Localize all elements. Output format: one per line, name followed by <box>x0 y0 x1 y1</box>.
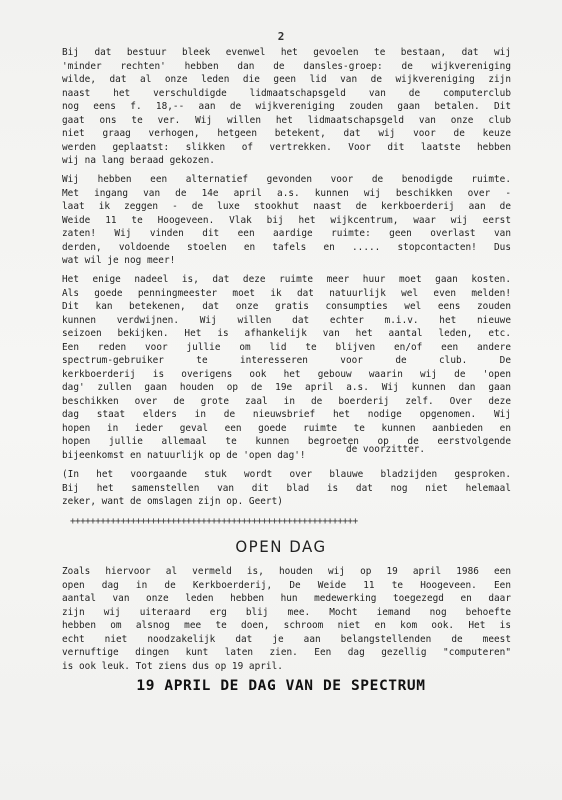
text-line: zijn wij uiteraard erg blij mee. Mocht i… <box>62 606 511 620</box>
text-line: gaat ons te ver. Wij willen het lidmaats… <box>62 114 511 128</box>
text-line: Met ingang van de 14e april a.s. kunnen … <box>62 187 511 201</box>
text-line: vernuftige dingen kunt laten zien. Een d… <box>62 646 511 660</box>
text-line: bijeenkomst en natuurlijk op de 'open da… <box>62 449 511 463</box>
text-line: Dit kan betekenen, dat onze gratis consu… <box>62 300 511 314</box>
text-line: hopen jullie allemaal te kunnen begroete… <box>62 435 511 449</box>
text-line: wilde, dat al onze leden die geen lid va… <box>62 73 511 87</box>
text-line: (In het voorgaande stuk wordt over blauw… <box>62 468 511 482</box>
text-line: seizoen bekijken. Het is afhankelijk van… <box>62 327 511 341</box>
text-line: kerkboerderij is overigens ook het gebou… <box>62 368 511 382</box>
text-line: zaten! Wij vinden dit een aardige ruimte… <box>62 227 511 241</box>
text-line: Als goede penningmeester moet ik dat nat… <box>62 287 511 301</box>
text-line: Bij dat bestuur bleek evenwel het gevoel… <box>62 46 511 60</box>
text-line: derden, voldoende stoelen en tafels en .… <box>62 241 511 255</box>
text-line: wat wil je nog meer! <box>62 254 511 268</box>
text-line: open dag in de Kerkboerderij, De Weide 1… <box>62 579 511 593</box>
editor-note: (In het voorgaande stuk wordt over blauw… <box>62 468 511 509</box>
paragraph-alternatief: Wij hebben een alternatief gevonden voor… <box>62 173 511 268</box>
text-line: Weide 11 te Hoogeveen. Vlak bij het wijk… <box>62 214 511 228</box>
page-number: 2 <box>0 30 562 43</box>
text-line: Bij het samenstellen van dit blad is dat… <box>62 482 511 496</box>
text-line: echt niet noodzakelijk dat je aan belang… <box>62 633 511 647</box>
text-line: werden geplaatst: slikken of vertrekken.… <box>62 141 511 155</box>
text-line: wij na lang beraad gekozen. <box>62 154 511 168</box>
text-line: aantal van onze leden hebben hun medewer… <box>62 592 511 606</box>
text-line: Wij hebben een alternatief gevonden voor… <box>62 173 511 187</box>
text-line: nog eens f. 18,-- aan de wijkvereniging … <box>62 100 511 114</box>
signature: de voorzitter. <box>346 444 425 455</box>
text-line: 'minder rechten' hebben dan de dansles-g… <box>62 60 511 74</box>
paragraph-open-dag: Zoals hiervoor al vermeld is, houden wij… <box>62 565 511 673</box>
text-line: Een reden voor jullie om lid te blijven … <box>62 341 511 355</box>
text-line: spectrum-gebruiker te interesseren voor … <box>62 354 511 368</box>
separator-line: ++++++++++++++++++++++++++++++++++++++++… <box>70 516 502 527</box>
banner-headline: 19 APRIL DE DAG VAN DE SPECTRUM <box>0 678 562 694</box>
text-line: naast het verschuldigde lidmaatschapsgel… <box>62 87 511 101</box>
text-line: niet graag verhogen, hetgeen betekent, d… <box>62 127 511 141</box>
text-line: Het enige nadeel is, dat deze ruimte mee… <box>62 273 511 287</box>
text-line: Zoals hiervoor al vermeld is, houden wij… <box>62 565 511 579</box>
text-line: kunnen verdwijnen. Wij willen dat echter… <box>62 314 511 328</box>
section-title-open-dag: OPEN DAG <box>0 538 562 557</box>
text-line: is ook leuk. Tot ziens dus op 19 april. <box>62 660 511 674</box>
paragraph-nadeel: Het enige nadeel is, dat deze ruimte mee… <box>62 273 511 462</box>
text-line: dag staat elders in de nieuwsbrief het n… <box>62 408 511 422</box>
text-line: beschikken over de grote zaal in de boer… <box>62 395 511 409</box>
paragraph-bestuur: Bij dat bestuur bleek evenwel het gevoel… <box>62 46 511 168</box>
text-line: laat ik zeggen - de luxe stookhut naast … <box>62 200 511 214</box>
text-line: zeker, want de omslagen zijn op. Geert) <box>62 495 511 509</box>
text-line: hebben om alsnog mee te doen, schroom ni… <box>62 619 511 633</box>
text-line: dag' zullen gaan houden op de 19e april … <box>62 381 511 395</box>
text-line: hopen in ieder geval een goede ruimte te… <box>62 422 511 436</box>
document-page: 2 Bij dat bestuur bleek evenwel het gevo… <box>0 0 562 800</box>
